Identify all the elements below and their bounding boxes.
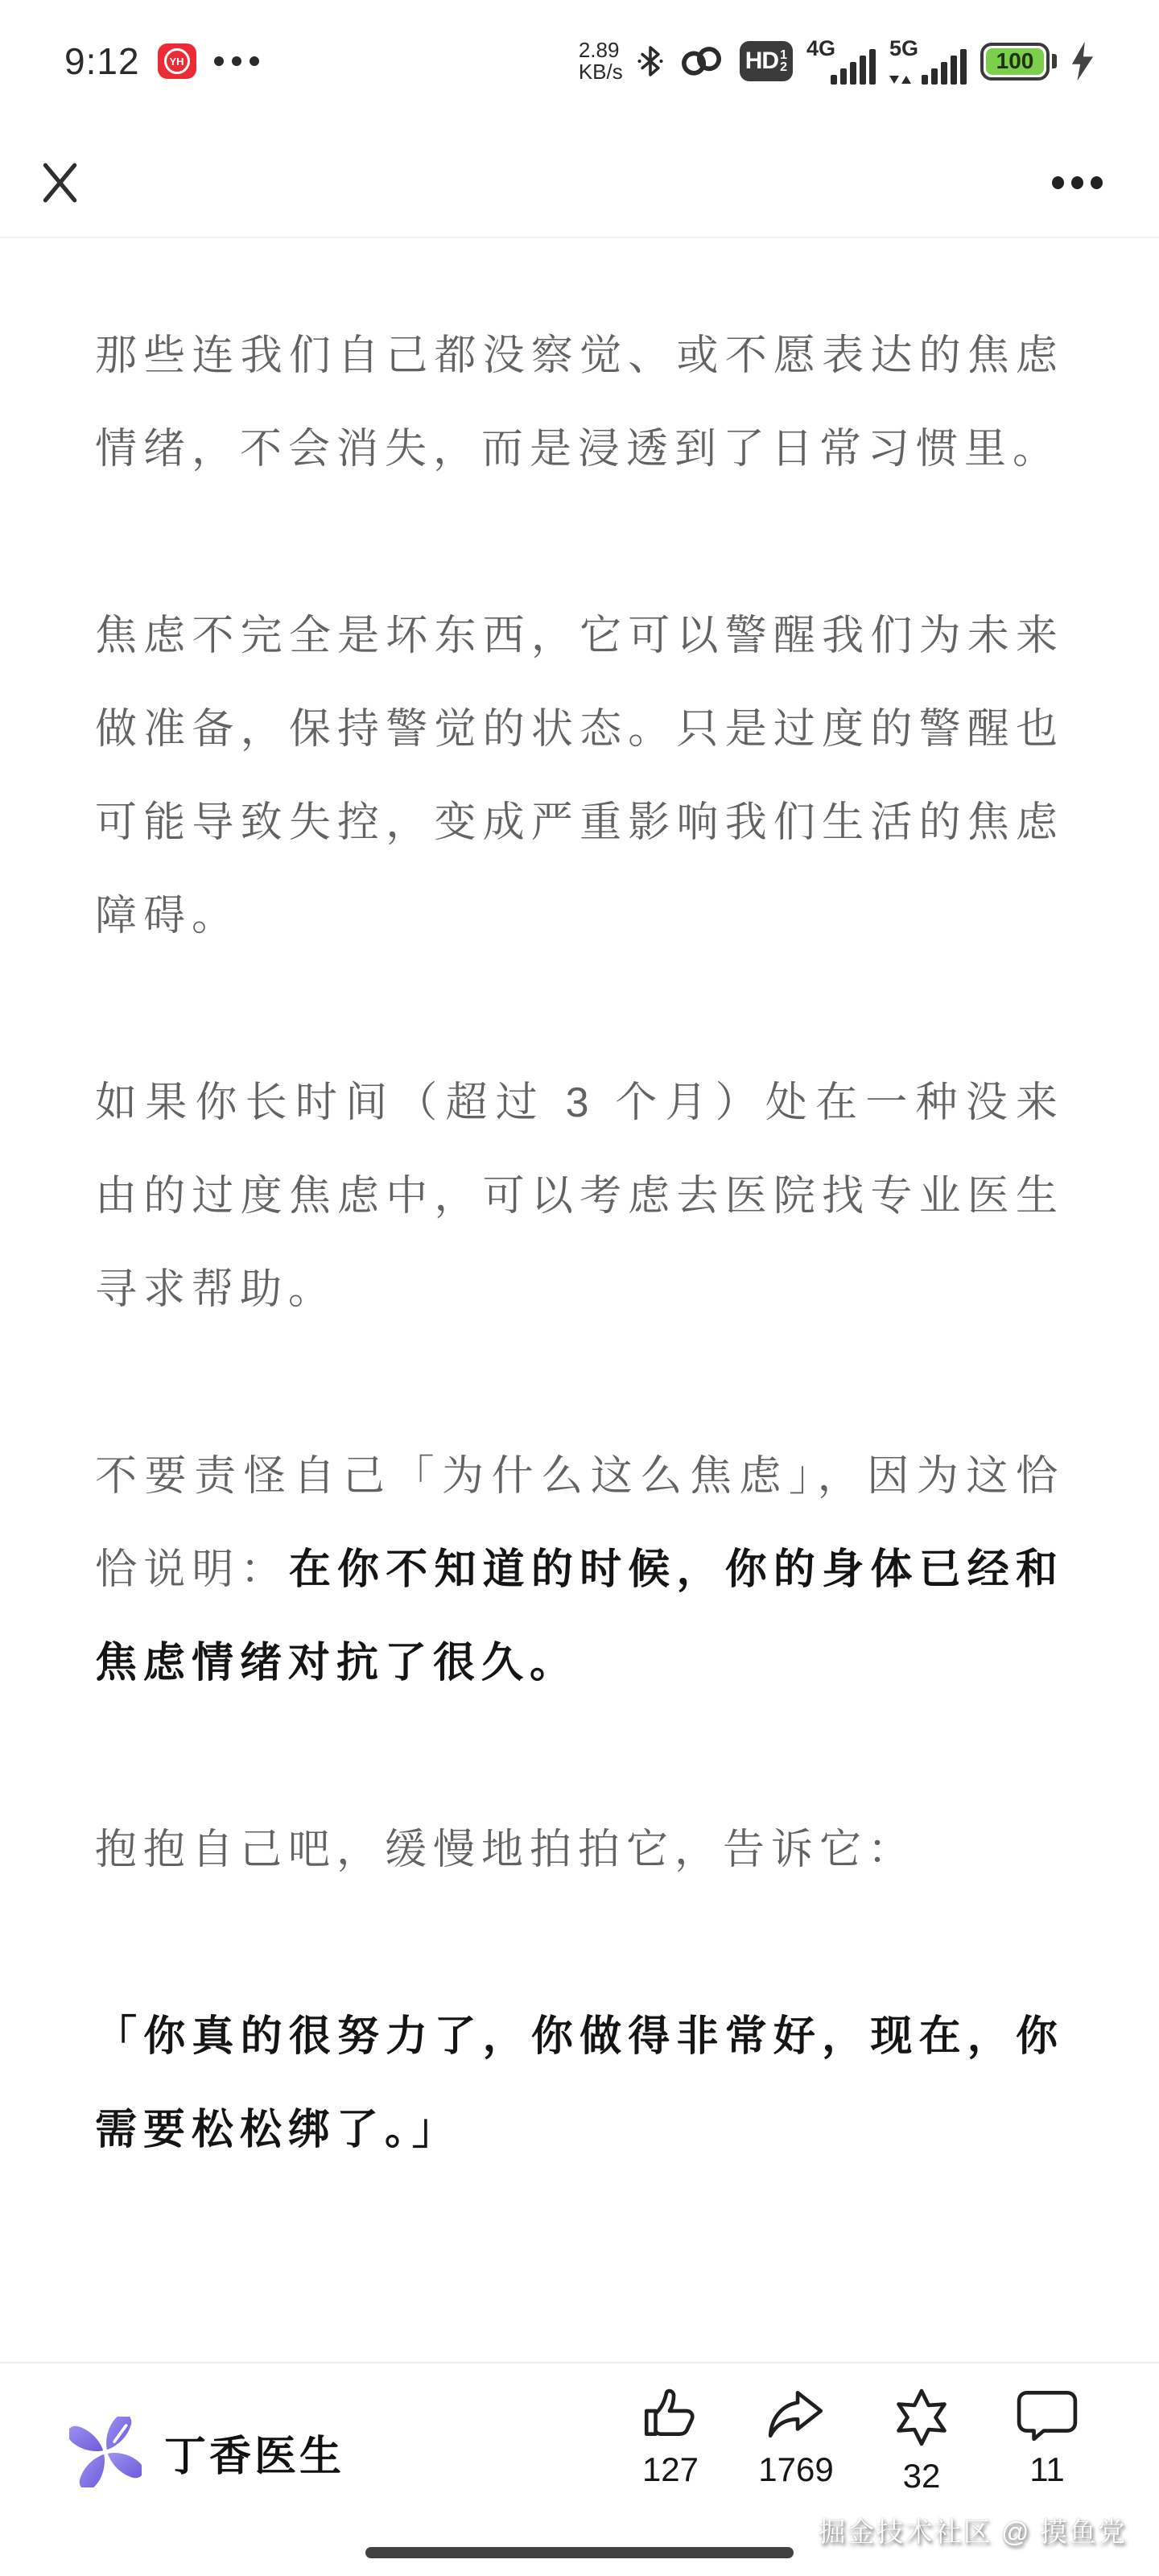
paragraph: 如果你长时间（超过 3 个月）处在一种没来由的过度焦虑中，可以考虑去医院找专业医… xyxy=(95,1056,1064,1336)
phone-screen: 9:12 YH 2.89 KB/s HD xyxy=(0,0,1159,2576)
data-sync-rings-icon xyxy=(678,43,726,80)
paragraph-text: 抱抱自己吧，缓慢地拍拍它，告诉它： xyxy=(95,1827,916,1873)
bluetooth-icon xyxy=(637,39,664,84)
share-arrow-icon xyxy=(765,2388,827,2441)
account-name: 丁香医生 xyxy=(164,2422,344,2483)
paragraph-text: 焦虑不完全是坏东西，它可以警醒我们为未来做准备，保持警觉的状态。只是过度的警醒也… xyxy=(95,613,1064,939)
network-speed: 2.89 KB/s xyxy=(579,39,623,83)
paragraph-text: 那些连我们自己都没察觉、或不愿表达的焦虑情绪，不会消失，而是浸透到了日常习惯里。 xyxy=(95,332,1064,473)
share-count: 1769 xyxy=(758,2450,833,2489)
comment-count: 11 xyxy=(1029,2450,1065,2489)
paragraph-text: 如果你长时间（超过 3 个月）处在一种没来由的过度焦虑中，可以考虑去医院找专业医… xyxy=(95,1080,1064,1313)
battery-body: 100 xyxy=(980,43,1050,80)
hd-sim2: 2 xyxy=(780,61,787,73)
dingxiang-flower-logo xyxy=(69,2417,142,2487)
network-speed-value: 2.89 xyxy=(579,39,623,61)
like-button[interactable]: 127 xyxy=(619,2388,722,2495)
more-dot xyxy=(1091,176,1103,189)
close-icon xyxy=(39,161,80,204)
sim2-network-type: 5G xyxy=(889,36,918,61)
paragraph: 焦虑不完全是坏东西，它可以警醒我们为未来做准备，保持警觉的状态。只是过度的警醒也… xyxy=(95,589,1064,963)
close-button[interactable] xyxy=(37,160,82,205)
thumbs-up-icon xyxy=(639,2388,702,2441)
paragraph: 不要责怪自己「为什么这么焦虑」，因为这恰恰说明：在你不知道的时候，你的身体已经和… xyxy=(95,1430,1064,1710)
more-menu-button[interactable] xyxy=(1052,160,1103,205)
paragraph: 「你真的很努力了，你做得非常好，现在，你需要松松绑了。」 xyxy=(95,1990,1064,2177)
hd-sim1: 1 xyxy=(780,49,787,61)
share-button[interactable]: 1769 xyxy=(744,2388,848,2495)
wow-star-icon xyxy=(892,2388,951,2447)
hd-label: HD xyxy=(745,47,778,75)
comment-bubble-icon xyxy=(1016,2388,1079,2441)
paragraph: 抱抱自己吧，缓慢地拍拍它，告诉它： xyxy=(95,1803,1064,1897)
article-body: 那些连我们自己都没察觉、或不愿表达的焦虑情绪，不会消失，而是浸透到了日常习惯里。… xyxy=(0,240,1159,2270)
notification-app-icon: YH xyxy=(158,43,196,79)
battery-indicator: 100 xyxy=(980,43,1057,80)
charging-bolt-icon xyxy=(1070,41,1095,81)
network-speed-unit: KB/s xyxy=(579,61,623,83)
more-notifications-icon xyxy=(214,56,259,66)
wow-count: 32 xyxy=(903,2457,941,2495)
clock: 9:12 xyxy=(64,39,140,83)
watermark: 掘金技术社区 @ 摸鱼党 xyxy=(819,2510,1127,2549)
more-dot xyxy=(1071,176,1083,189)
volte-hd-icon: HD 1 2 xyxy=(740,41,793,81)
like-count: 127 xyxy=(642,2450,699,2489)
sim1-signal: 4G xyxy=(806,38,876,85)
article-nav-bar xyxy=(0,129,1159,238)
home-indicator[interactable] xyxy=(365,2547,794,2558)
battery-nub xyxy=(1052,54,1057,68)
account-link[interactable]: 丁香医生 xyxy=(69,2417,344,2487)
action-bar: 127 1769 32 11 xyxy=(619,2388,1099,2495)
battery-level: 100 xyxy=(986,48,1044,75)
comment-button[interactable]: 11 xyxy=(996,2388,1099,2495)
app-badge-label: YH xyxy=(164,48,190,74)
status-bar-right: 2.89 KB/s HD 1 2 4G xyxy=(579,38,1095,85)
wow-button[interactable]: 32 xyxy=(870,2388,973,2495)
status-bar: 9:12 YH 2.89 KB/s HD xyxy=(0,29,1159,93)
status-bar-left: 9:12 YH xyxy=(64,39,259,83)
paragraph-emphasis: 「你真的很努力了，你做得非常好，现在，你需要松松绑了。」 xyxy=(95,2013,1064,2153)
paragraph: 那些连我们自己都没察觉、或不愿表达的焦虑情绪，不会消失，而是浸透到了日常习惯里。 xyxy=(95,309,1064,496)
sim2-signal-bars-icon xyxy=(922,49,967,85)
sim1-signal-bars-icon xyxy=(831,49,876,85)
data-activity-arrows-icon xyxy=(889,76,911,84)
more-dot xyxy=(1052,176,1064,189)
sim2-signal: 5G xyxy=(889,38,967,85)
